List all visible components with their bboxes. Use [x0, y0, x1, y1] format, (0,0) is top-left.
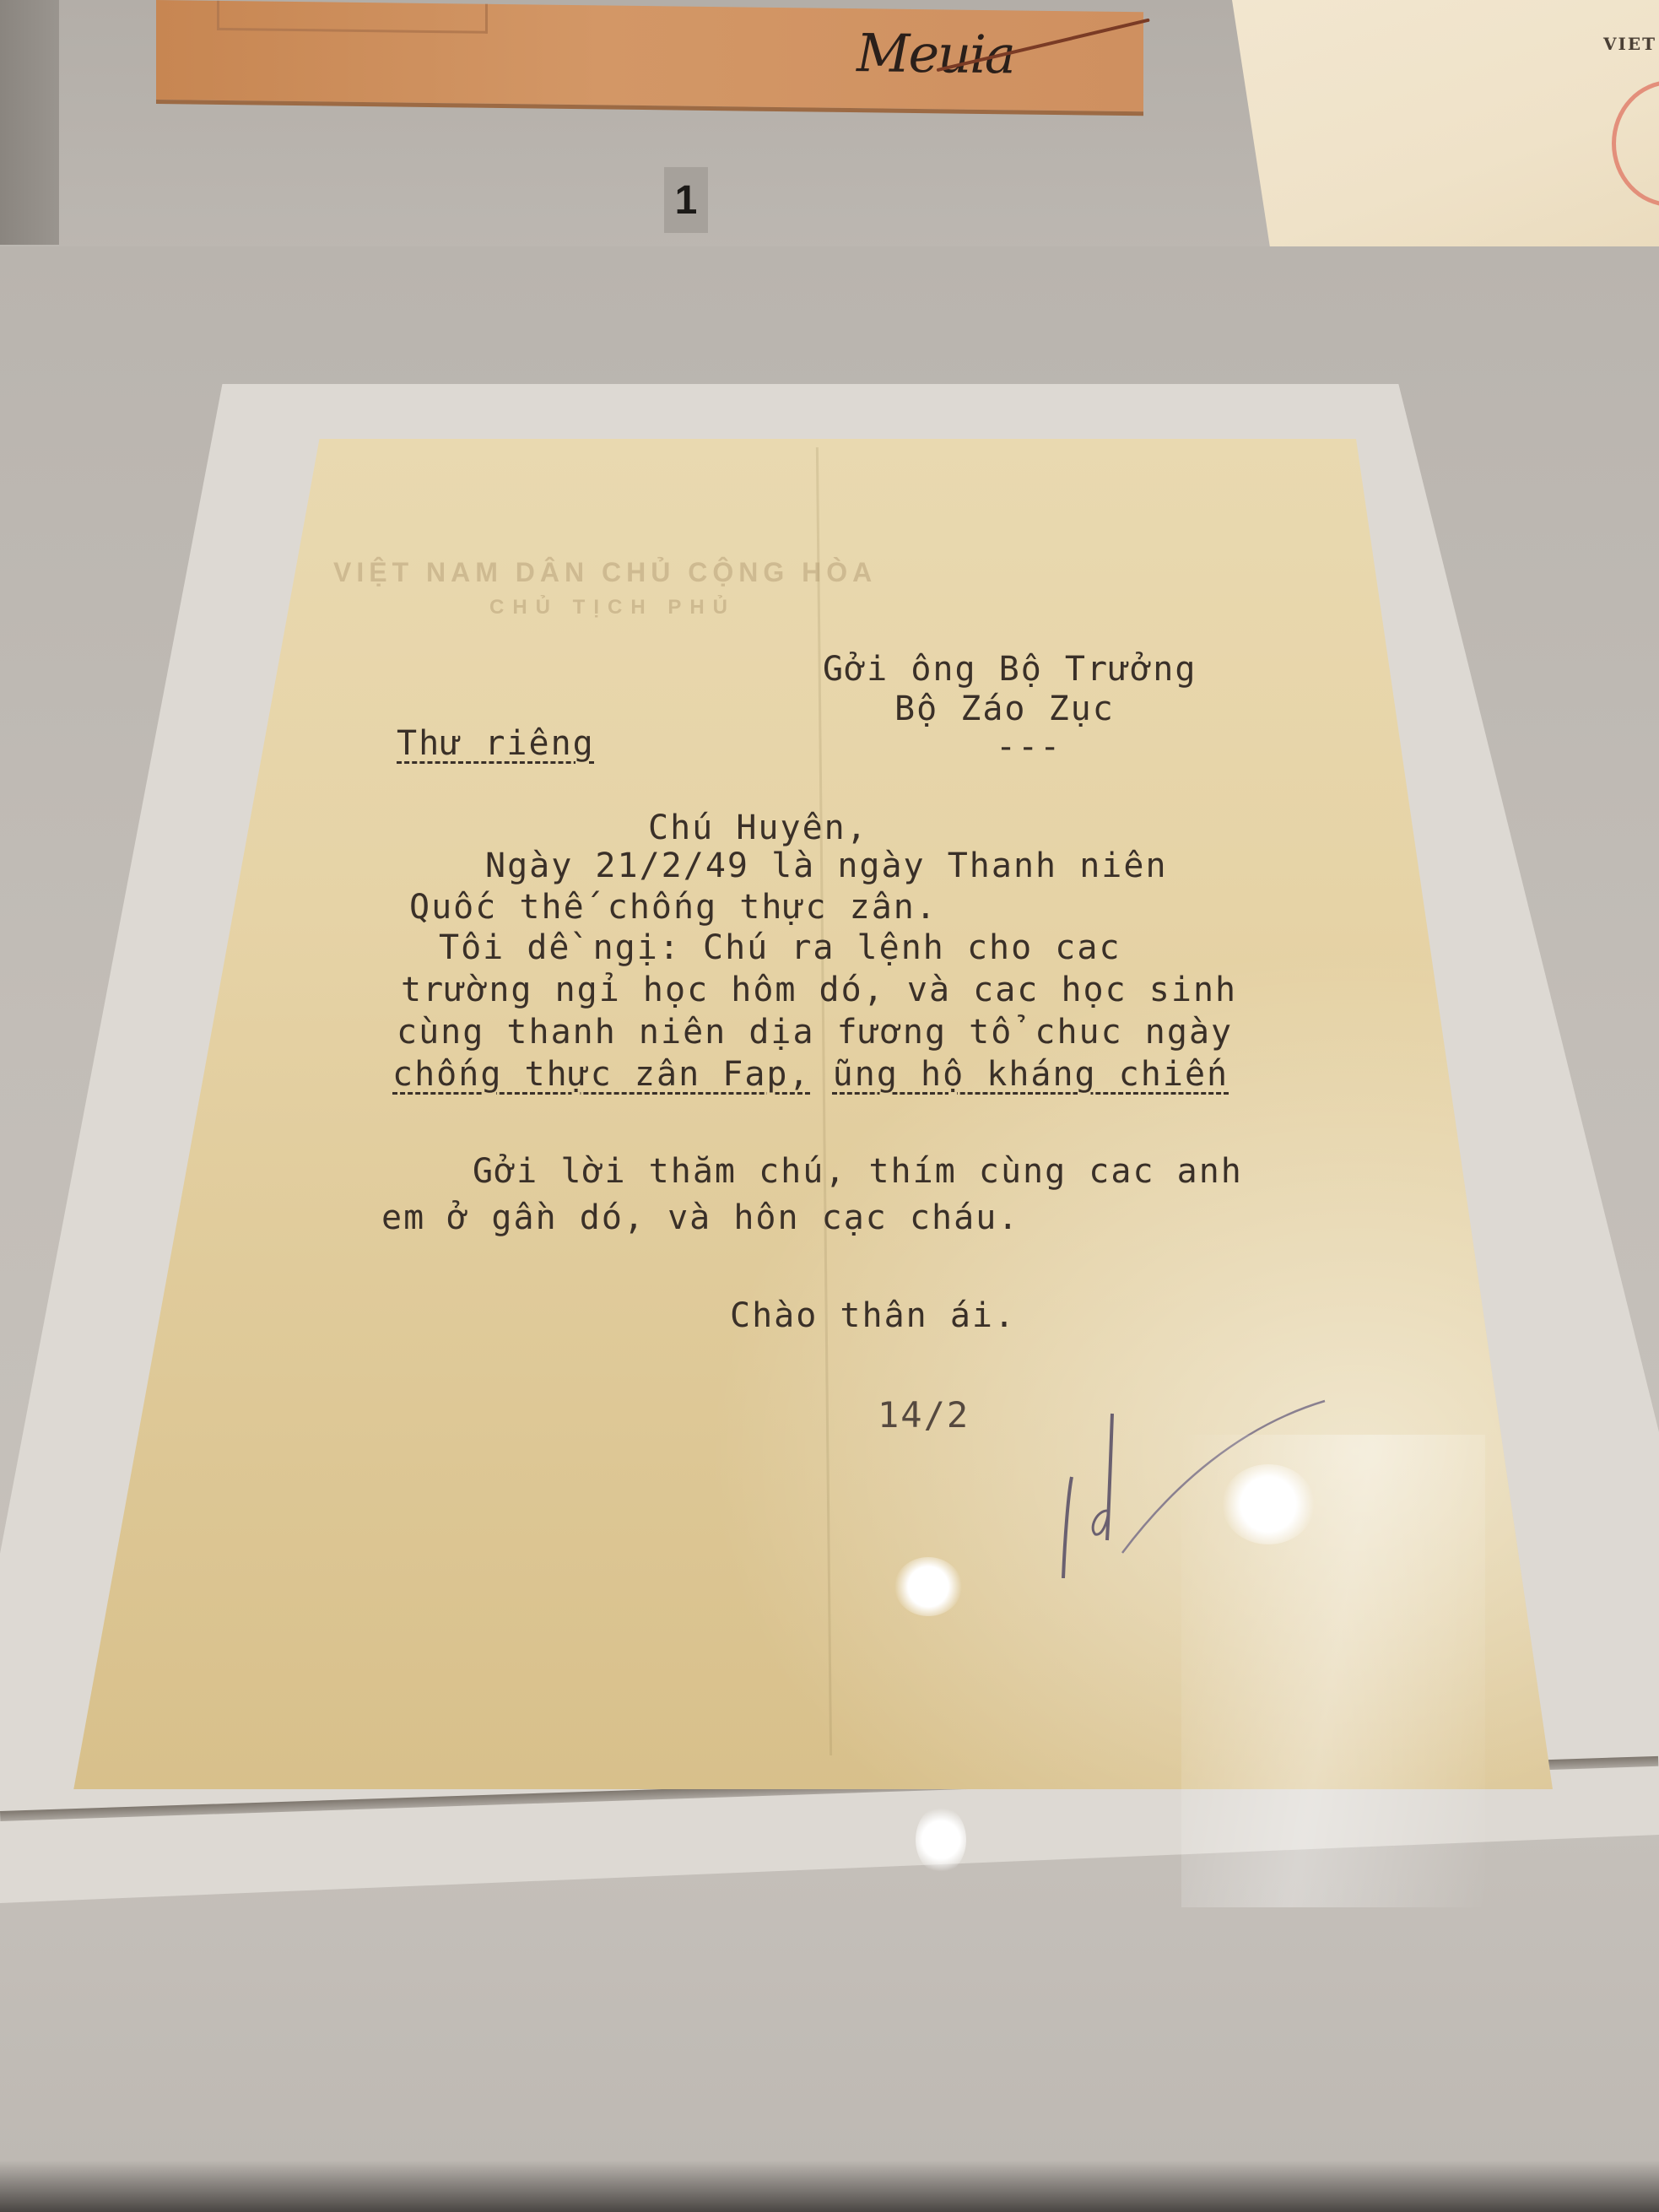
- right-doc-header: VIET: [1603, 34, 1656, 54]
- closing-greeting: Chào thân ái.: [730, 1296, 1016, 1335]
- letterhead-line-2: Chủ Tịch Phủ: [489, 596, 736, 619]
- addressee-separator: ---: [996, 727, 1062, 766]
- addressee-line-1: Gởi ông Bộ Trưởng: [823, 650, 1197, 689]
- underlined-phrase-1: chống thực zân Fap,: [392, 1055, 811, 1094]
- card-signature: Meuia: [857, 22, 1014, 85]
- letter-date: 14/2: [878, 1394, 970, 1436]
- addressee-line-2: Bộ Záo Zục: [894, 690, 1115, 728]
- body-line-3: Tôi dề ngị: Chú ra lệnh cho cac: [439, 928, 1121, 967]
- light-reflection: [1222, 1464, 1315, 1544]
- exhibit-number-label: 1: [664, 167, 708, 233]
- underlined-phrase-2: ũng hộ kháng chiến: [833, 1055, 1229, 1094]
- red-seal-stamp-icon: [1612, 80, 1659, 207]
- body-line-1: Ngày 21/2/49 là ngày Thanh niên: [485, 846, 1168, 885]
- body-line-2: Quốc thế chống thực zân.: [409, 888, 938, 927]
- private-letter-label: Thư riêng: [397, 724, 595, 763]
- card-inner-box: [217, 1, 488, 34]
- exhibit-document-right: VIET: [1232, 0, 1659, 257]
- body-line-6: chống thực zân Fap, ũng hộ kháng chiến: [392, 1055, 1229, 1094]
- closing-paragraph-line-2: em ở gần dó, và hôn cạc cháu.: [381, 1198, 1019, 1237]
- salutation: Chú Huyên,: [648, 809, 868, 847]
- exhibit-card-left: Meuia: [156, 0, 1143, 116]
- closing-paragraph-line-1: Gởi lời thăm chú, thím cùng cac anh: [473, 1152, 1243, 1191]
- light-reflection: [916, 1806, 966, 1874]
- letterhead-line-1: Việt Nam Dân Chủ Cộng Hòa: [333, 557, 877, 588]
- case-bottom-edge: [0, 2161, 1659, 2212]
- light-reflection: [894, 1557, 962, 1616]
- case-side-wall: [0, 0, 63, 245]
- body-line-4: trường ngỉ học hôm dó, và cac học sinh: [401, 971, 1237, 1009]
- body-line-5: cùng thanh niên dịa fương tổ chuc ngày: [397, 1013, 1233, 1052]
